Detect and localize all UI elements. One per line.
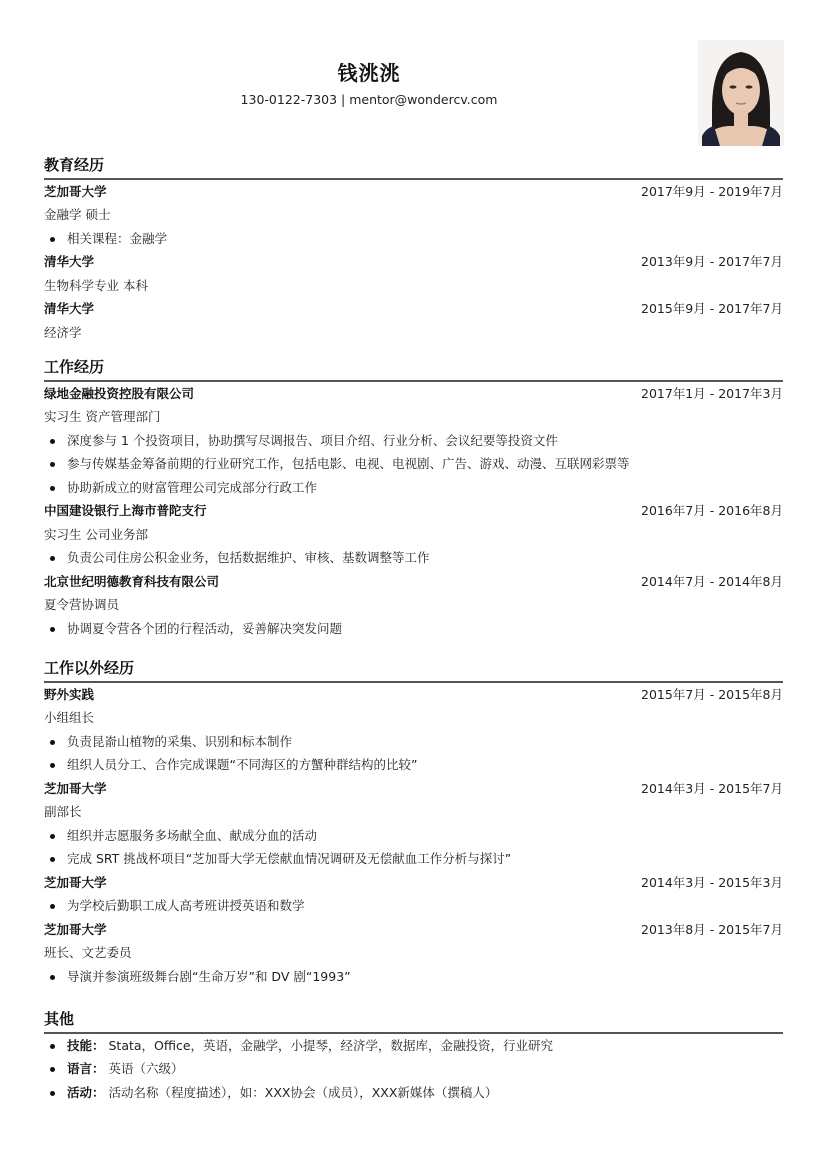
institution-name: 芝加哥大学	[44, 184, 107, 199]
candidate-name: 钱洮洮	[44, 57, 694, 86]
entry-header: 芝加哥大学 2013年8月 - 2015年7月	[44, 918, 783, 942]
section-work: 工作经历 绿地金融投资控股有限公司 2017年1月 - 2017年3月 实习生 …	[44, 356, 783, 640]
job-title: 夏令营协调员	[44, 593, 783, 617]
entry-header: 芝加哥大学 2014年3月 - 2015年3月	[44, 871, 783, 895]
entry-header: 绿地金融投资控股有限公司 2017年1月 - 2017年3月	[44, 382, 783, 406]
section-title: 教育经历	[44, 154, 783, 176]
bullet-item: 完成 SRT 挑战杯项目“芝加哥大学无偿献血情况调研及无偿献血工作分析与探讨”	[44, 847, 783, 871]
entry-header: 野外实践 2015年7月 - 2015年8月	[44, 683, 783, 707]
bullet-item: 组织人员分工、合作完成课题“不同海区的方蟹种群结构的比较”	[44, 753, 783, 777]
activity-name: 芝加哥大学	[44, 781, 107, 796]
portrait-photo-icon	[698, 40, 784, 146]
activity-name: 野外实践	[44, 687, 94, 702]
activity-name: 芝加哥大学	[44, 875, 107, 890]
degree: 金融学 硕士	[44, 203, 783, 227]
section-title: 工作以外经历	[44, 657, 783, 679]
bullet-item: 为学校后勤职工成人高考班讲授英语和数学	[44, 894, 783, 918]
bullet-item: 负责公司住房公积金业务，包括数据维护、审核、基数调整等工作	[44, 546, 783, 570]
section-title: 其他	[44, 1008, 783, 1030]
bullet-item: 协助新成立的财富管理公司完成部分行政工作	[44, 476, 783, 500]
bullet-item: 相关课程：金融学	[44, 227, 783, 251]
resume-header: 钱洮洮 130-0122-7303 | mentor@wondercv.com	[44, 0, 783, 150]
date-range: 2014年3月 - 2015年3月	[641, 871, 783, 895]
bullet-item: 深度参与 1 个投资项目，协助撰写尽调报告、项目介绍、行业分析、会议纪要等投资文…	[44, 429, 783, 453]
languages-item: 语言： 英语（六级）	[44, 1057, 783, 1081]
entry-header: 芝加哥大学 2017年9月 - 2019年7月	[44, 180, 783, 204]
entry-header: 清华大学 2013年9月 - 2017年7月	[44, 250, 783, 274]
institution-name: 清华大学	[44, 301, 94, 316]
bullet-item: 负责昆嵛山植物的采集、识别和标本制作	[44, 730, 783, 754]
date-range: 2016年7月 - 2016年8月	[641, 499, 783, 523]
entry-header: 北京世纪明德教育科技有限公司 2014年7月 - 2014年8月	[44, 570, 783, 594]
section-education: 教育经历 芝加哥大学 2017年9月 - 2019年7月 金融学 硕士 相关课程…	[44, 154, 783, 344]
skills-value: Stata，Office，英语，金融学，小提琴，经济学，数据库，金融投资，行业研…	[109, 1038, 554, 1053]
job-title: 实习生 资产管理部门	[44, 405, 783, 429]
date-range: 2017年1月 - 2017年3月	[641, 382, 783, 406]
date-range: 2015年7月 - 2015年8月	[641, 683, 783, 707]
bullet-item: 组织并志愿服务多场献全血、献成分血的活动	[44, 824, 783, 848]
activity-role: 副部长	[44, 800, 783, 824]
company-name: 绿地金融投资控股有限公司	[44, 386, 194, 401]
date-range: 2013年9月 - 2017年7月	[641, 250, 783, 274]
profile-photo	[698, 40, 784, 146]
date-range: 2017年9月 - 2019年7月	[641, 180, 783, 204]
date-range: 2014年3月 - 2015年7月	[641, 777, 783, 801]
degree: 生物科学专业 本科	[44, 274, 783, 298]
languages-value: 英语（六级）	[109, 1061, 184, 1076]
activities-label: 活动：	[67, 1085, 105, 1100]
languages-label: 语言：	[67, 1061, 105, 1076]
skills-item: 技能： Stata，Office，英语，金融学，小提琴，经济学，数据库，金融投资…	[44, 1034, 783, 1058]
activity-role: 班长、文艺委员	[44, 941, 783, 965]
entry-header: 芝加哥大学 2014年3月 - 2015年7月	[44, 777, 783, 801]
bullet-item: 协调夏令营各个团的行程活动，妥善解决突发问题	[44, 617, 783, 641]
degree: 经济学	[44, 321, 783, 345]
skills-label: 技能：	[67, 1038, 105, 1053]
entry-header: 清华大学 2015年9月 - 2017年7月	[44, 297, 783, 321]
bullet-item: 参与传媒基金筹备前期的行业研究工作，包括电影、电视、电视剧、广告、游戏、动漫、互…	[44, 452, 783, 476]
institution-name: 清华大学	[44, 254, 94, 269]
date-range: 2013年8月 - 2015年7月	[641, 918, 783, 942]
section-title: 工作经历	[44, 356, 783, 378]
contact-info: 130-0122-7303 | mentor@wondercv.com	[44, 92, 694, 107]
date-range: 2015年9月 - 2017年7月	[641, 297, 783, 321]
section-extracurricular: 工作以外经历 野外实践 2015年7月 - 2015年8月 小组组长 负责昆嵛山…	[44, 657, 783, 988]
date-range: 2014年7月 - 2014年8月	[641, 570, 783, 594]
activities-item: 活动： 活动名称（程度描述），如：XXX协会（成员），XXX新媒体（撰稿人）	[44, 1081, 783, 1105]
company-name: 北京世纪明德教育科技有限公司	[44, 574, 219, 589]
bullet-item: 导演并参演班级舞台剧“生命万岁”和 DV 剧“1993”	[44, 965, 783, 989]
resume-page: 钱洮洮 130-0122-7303 | mentor@wondercv.com …	[44, 0, 783, 150]
section-other: 其他 技能： Stata，Office，英语，金融学，小提琴，经济学，数据库，金…	[44, 1008, 783, 1104]
activities-value: 活动名称（程度描述），如：XXX协会（成员），XXX新媒体（撰稿人）	[109, 1085, 498, 1100]
activity-role: 小组组长	[44, 706, 783, 730]
entry-header: 中国建设银行上海市普陀支行 2016年7月 - 2016年8月	[44, 499, 783, 523]
activity-name: 芝加哥大学	[44, 922, 107, 937]
job-title: 实习生 公司业务部	[44, 523, 783, 547]
company-name: 中国建设银行上海市普陀支行	[44, 503, 207, 518]
